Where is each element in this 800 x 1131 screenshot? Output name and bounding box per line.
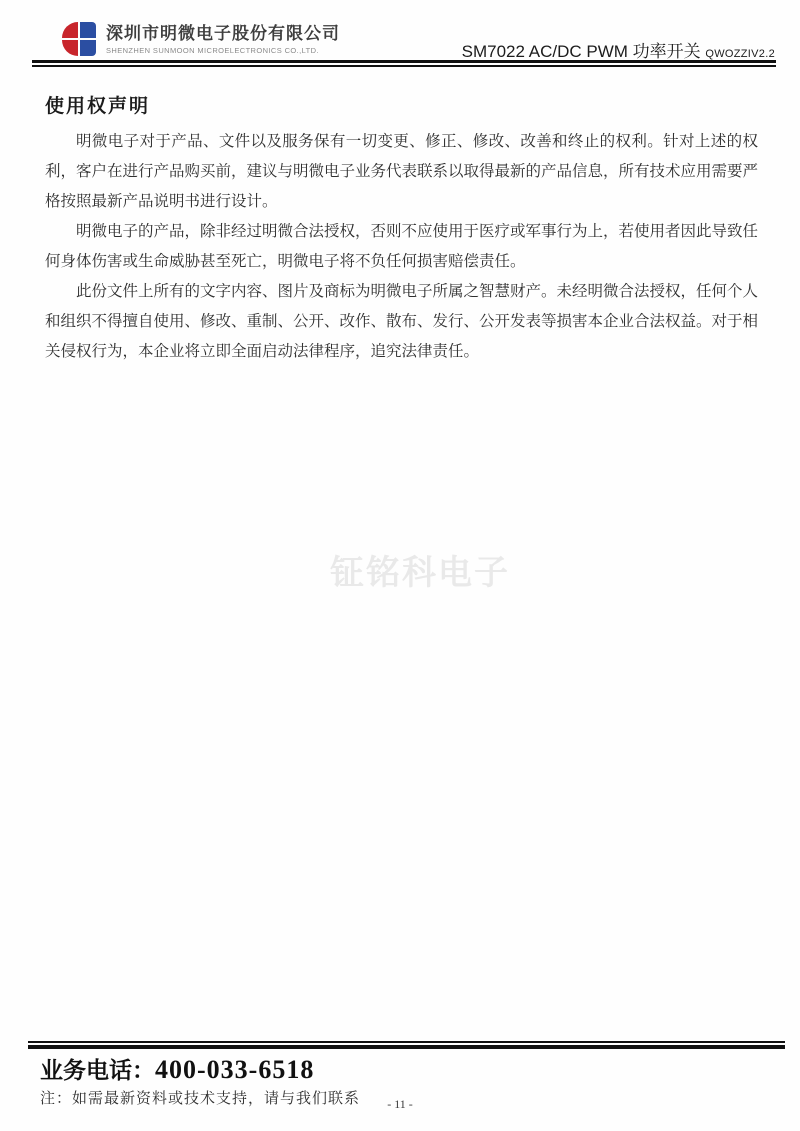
document-title: SM7022 AC/DC PWM 功率开关 QWOZZIV2.2 xyxy=(462,37,775,62)
company-names: 深圳市明微电子股份有限公司 SHENZHEN SUNMOON MICROELEC… xyxy=(106,22,340,56)
watermark-text: 钲铭科电子 xyxy=(330,545,510,594)
sunmoon-logo-icon xyxy=(62,22,98,58)
company-name-cn: 深圳市明微电子股份有限公司 xyxy=(106,24,340,44)
service-phone-number: 400-033-6518 xyxy=(155,1055,314,1084)
logo-quadrant-red-top xyxy=(62,22,78,38)
service-phone: 业务电话：400-033-6518 xyxy=(40,1052,314,1085)
part-number-title: SM7022 AC/DC PWM 功率开关 xyxy=(462,42,701,61)
company-brand: 深圳市明微电子股份有限公司 SHENZHEN SUNMOON MICROELEC… xyxy=(62,22,340,58)
company-name-en: SHENZHEN SUNMOON MICROELECTRONICS CO.,LT… xyxy=(106,46,340,56)
page-number: - 11 - xyxy=(0,1097,800,1112)
logo-quadrant-blue-bottom xyxy=(80,40,96,56)
section-title: 使用权声明 xyxy=(45,91,150,118)
service-phone-label: 业务电话： xyxy=(40,1057,155,1083)
footer-divider xyxy=(28,1041,785,1049)
logo-quadrant-red-bottom xyxy=(62,40,78,56)
document-version: QWOZZIV2.2 xyxy=(705,48,775,60)
page-header: 深圳市明微电子股份有限公司 SHENZHEN SUNMOON MICROELEC… xyxy=(32,20,775,62)
datasheet-page: 深圳市明微电子股份有限公司 SHENZHEN SUNMOON MICROELEC… xyxy=(0,0,800,1131)
paragraph-copyright: 此份文件上所有的文字内容、图片及商标为明微电子所属之智慧财产。未经明微合法授权，… xyxy=(45,277,758,367)
header-divider xyxy=(32,60,776,67)
logo-quadrant-blue-top xyxy=(80,22,96,38)
paragraph-liability: 明微电子的产品，除非经过明微合法授权，否则不应使用于医疗或军事行为上，若使用者因… xyxy=(45,217,758,277)
paragraph-rights: 明微电子对于产品、文件以及服务保有一切变更、修正、修改、改善和终止的权利。针对上… xyxy=(45,127,758,217)
license-statement: 明微电子对于产品、文件以及服务保有一切变更、修正、修改、改善和终止的权利。针对上… xyxy=(45,127,758,367)
